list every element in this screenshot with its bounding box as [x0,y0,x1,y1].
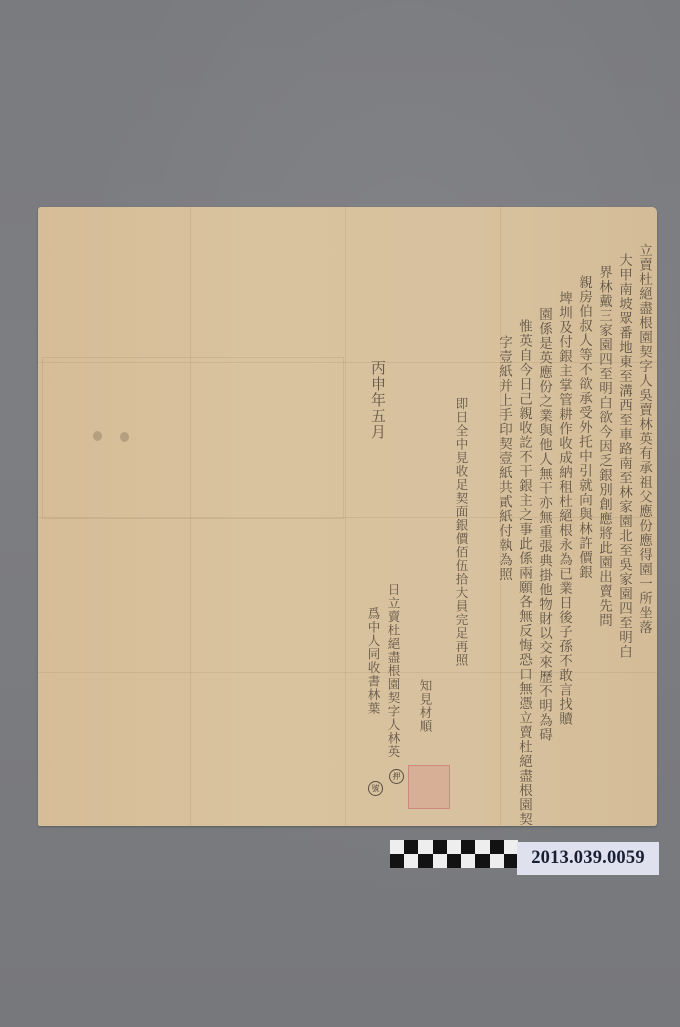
text-column: 埤圳及付銀主掌管耕作收成納租杜絕根永為已業日後子孫不敢言找贖 [554,291,573,726]
checkerboard-scale-bar [390,840,518,868]
red-seal-stamp [408,765,450,809]
document-paper: 立賣杜絕盡根園契字人吳賣林英有承祖父應份應得園一所坐落 大甲南坡眾番地東至溝西至… [38,207,657,826]
text-column: 界林戴三家園四至明白欲今因乏銀別創應將此園出賣先問 [594,265,613,628]
date-column: 丙申年五月 [368,360,389,440]
signature-column: 爲中人同收書林葉 [364,607,382,715]
faint-ruled-box [42,357,344,519]
stain-spot [93,431,102,441]
receipt-column: 即日全中見收足契面銀價佰伍拾大員完足再照 [452,397,470,667]
stain-spot [120,432,129,442]
circle-mark: 號 [368,781,383,796]
accession-number-label: 2013.039.0059 [517,842,659,875]
text-column: 字壹紙并上手印契壹紙共貳紙付執為照 [494,335,513,582]
text-column: 惟英自今日己親收訖不干銀主之事此係兩願各無反悔恐口無憑立賣杜絕盡根園契 [514,319,533,827]
signature-column: 知見材順 [416,679,434,733]
text-column: 園係是英應份之業與他人無干亦無重張典掛他物財以交來歷不明為碍 [534,307,553,742]
signature-column: 日立賣杜絕盡根園契字人林英 [384,583,402,759]
text-column: 大甲南坡眾番地東至溝西至車路南至林家園北至吳家園四至明白 [614,253,633,659]
circle-mark: 押 [389,769,404,784]
text-column: 立賣杜絕盡根園契字人吳賣林英有承祖父應份應得園一所坐落 [634,243,653,635]
text-column: 親房伯叔人等不欲承受外托中引就向與林許價銀 [574,275,593,580]
